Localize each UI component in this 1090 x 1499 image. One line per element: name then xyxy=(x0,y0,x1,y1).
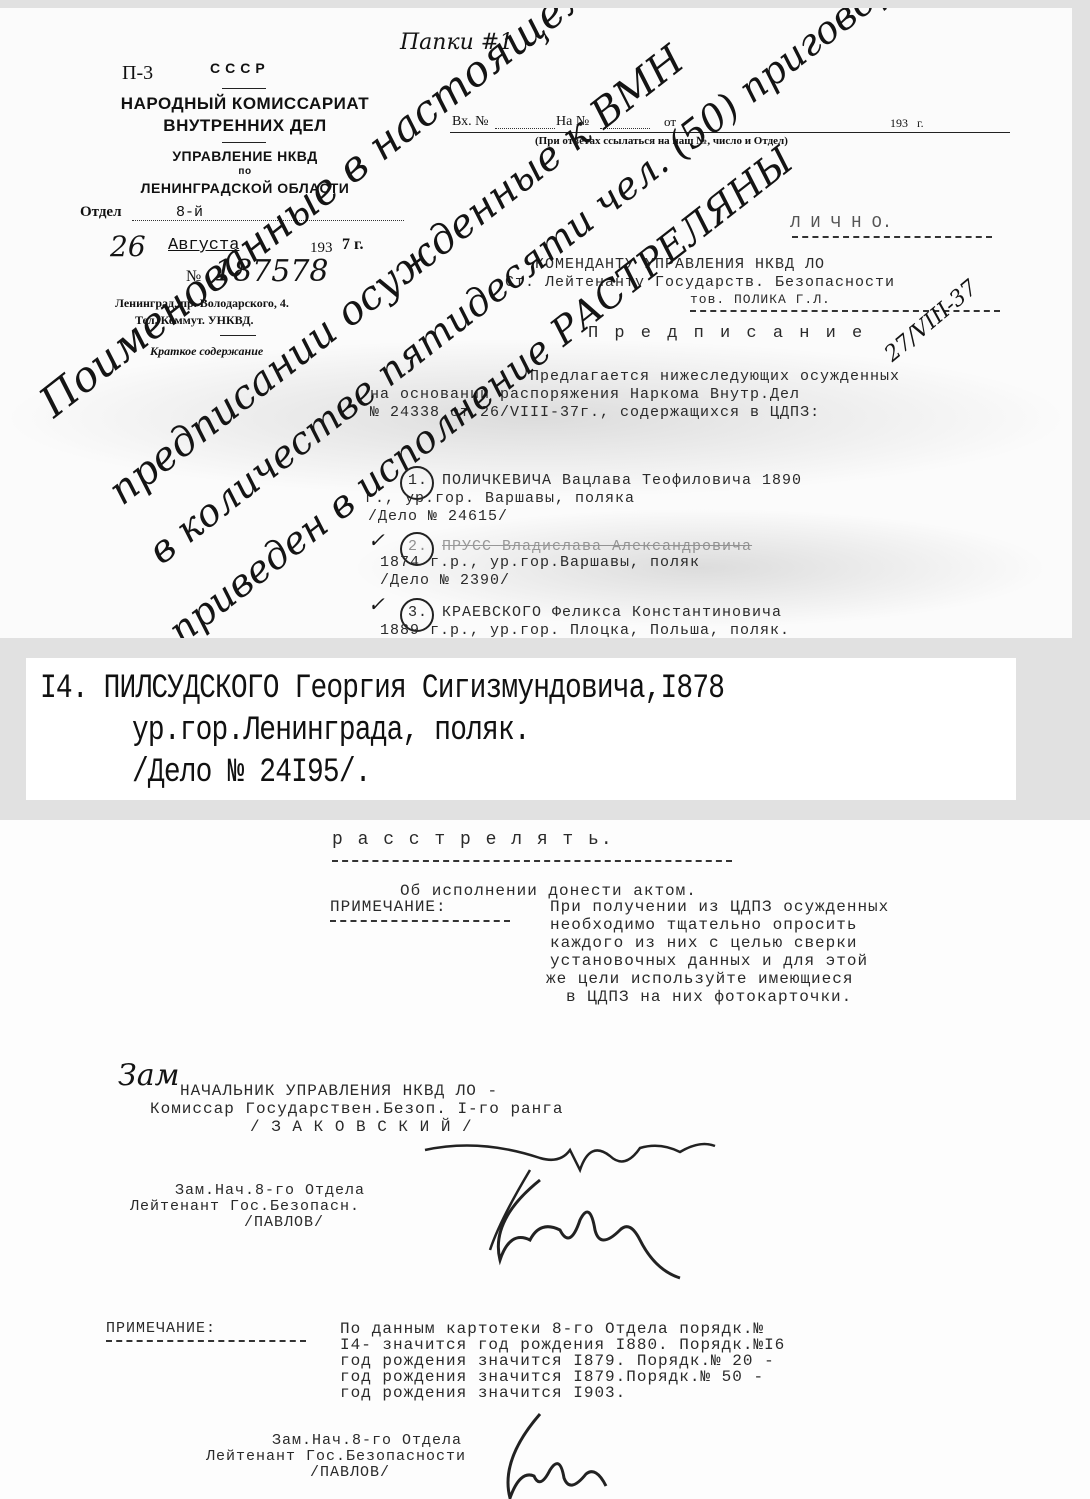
body-line-1: Предлагается нижеследующих осужденных xyxy=(530,368,900,385)
note1-line: При получении из ЦДПЗ осужденных xyxy=(550,898,889,916)
entry-case: /Дело № 2390/ xyxy=(380,572,510,589)
entry-line-2: 1874 г.р., ур.гор.Варшавы, поляк xyxy=(380,554,700,571)
addressee-line-2: Ст. Лейтенанту Государств. Безопасности xyxy=(505,274,895,291)
year-label: 193 г. xyxy=(890,116,924,131)
signature-line: Комиссар Государствен.Безоп. I-го ранга xyxy=(150,1100,563,1118)
department-label: Отдел xyxy=(80,204,122,221)
entry-number: 2. xyxy=(408,538,428,555)
annotation-date: 27/VIII-37 xyxy=(880,275,982,367)
signature-line: НАЧАЛЬНИК УПРАВЛЕНИЯ НКВД ЛО - xyxy=(180,1082,498,1100)
note2-line: год рождения значится I903. xyxy=(340,1384,626,1402)
excerpt-line-2: ур.гор.Ленинграда, поляк. xyxy=(132,712,530,750)
note2-label: ПРИМЕЧАНИЕ: xyxy=(106,1320,216,1337)
form-code: П-3 xyxy=(122,62,153,85)
note1-line: необходимо тщательно опросить xyxy=(550,916,857,934)
excerpt-strip: I4. ПИЛСУДСКОГО Георгия Сигизмундовича,I… xyxy=(26,658,1016,800)
top-document-scan: П-3 СССР НАРОДНЫЙ КОМИССАРИАТ ВНУТРЕННИХ… xyxy=(0,8,1072,638)
date-year-suffix: 7 г. xyxy=(342,236,363,254)
signature-line: /ПАВЛОВ/ xyxy=(244,1214,324,1231)
order-title: П р е д п и с а н и е xyxy=(588,324,865,343)
signature-pavlov-icon xyxy=(470,1160,700,1280)
excerpt-line-1: I4. ПИЛСУДСКОГО Георгия Сигизмундовича,I… xyxy=(40,670,724,708)
note1-line: установочных данных и для этой xyxy=(550,952,868,970)
commissariat-line-1: НАРОДНЫЙ КОМИССАРИАТ xyxy=(90,94,400,114)
signature-line: Зам.Нач.8-го Отдела xyxy=(272,1432,462,1449)
entry-case: /Дело № 24615/ xyxy=(368,508,508,525)
handwritten-zam: Зам xyxy=(118,1058,179,1093)
country-label: СССР xyxy=(210,60,270,76)
signature-pavlov-icon xyxy=(470,1410,630,1499)
incoming-number-label: Вх. № xyxy=(452,114,489,130)
entry-line-1: ПРУСС Владислава Александровича xyxy=(442,538,752,555)
confidential-stamp: Л И Ч Н О. xyxy=(790,214,892,233)
note1-line: каждого из них с целью сверки xyxy=(550,934,857,952)
entry-line-2: 1889 г.р., ур.гор. Плоцка, Польша, поляк… xyxy=(380,622,790,638)
bottom-document-scan: р а с с т р е л я т ь. Об исполнении дон… xyxy=(0,820,1090,1499)
body-line-2: на основании распоряжения Наркома Внутр.… xyxy=(370,386,800,403)
department-value: 8-й xyxy=(176,204,203,221)
checkmark-icon: ✓ xyxy=(368,592,385,616)
note1-line: в ЦДПЗ на них фотокарточки. xyxy=(566,988,852,1006)
verdict-text: р а с с т р е л я т ь. xyxy=(332,830,614,850)
note1-label: ПРИМЕЧАНИЕ: xyxy=(330,898,447,916)
commissariat-line-2: ВНУТРЕННИХ ДЕЛ xyxy=(90,116,400,136)
signature-line: Зам.Нач.8-го Отдела xyxy=(175,1182,365,1199)
checkmark-icon: ✓ xyxy=(368,528,385,552)
signature-line: Лейтенант Гос.Безопасн. xyxy=(130,1198,360,1215)
date-day-handwritten: 26 xyxy=(110,230,146,263)
signature-line: /ПАВЛОВ/ xyxy=(310,1464,390,1481)
entry-line-2: г., ур.гор. Варшавы, поляка xyxy=(365,490,635,507)
summary-label: Краткое содержание xyxy=(150,344,263,359)
signature-line: Лейтенант Гос.Безопасности xyxy=(206,1448,466,1465)
entry-line-1: КРАЕВСКОГО Феликса Константиновича xyxy=(442,604,782,621)
note1-line: же цели используйте имеющиеся xyxy=(546,970,853,988)
entry-line-1: ПОЛИЧКЕВИЧА Вацлава Теофиловича 1890 xyxy=(442,472,802,489)
addressee-line-3: тов. ПОЛИКА Г.Л. xyxy=(690,292,831,307)
entry-number: 3. xyxy=(408,604,428,621)
excerpt-line-3: /Дело № 24I95/. xyxy=(132,754,371,792)
